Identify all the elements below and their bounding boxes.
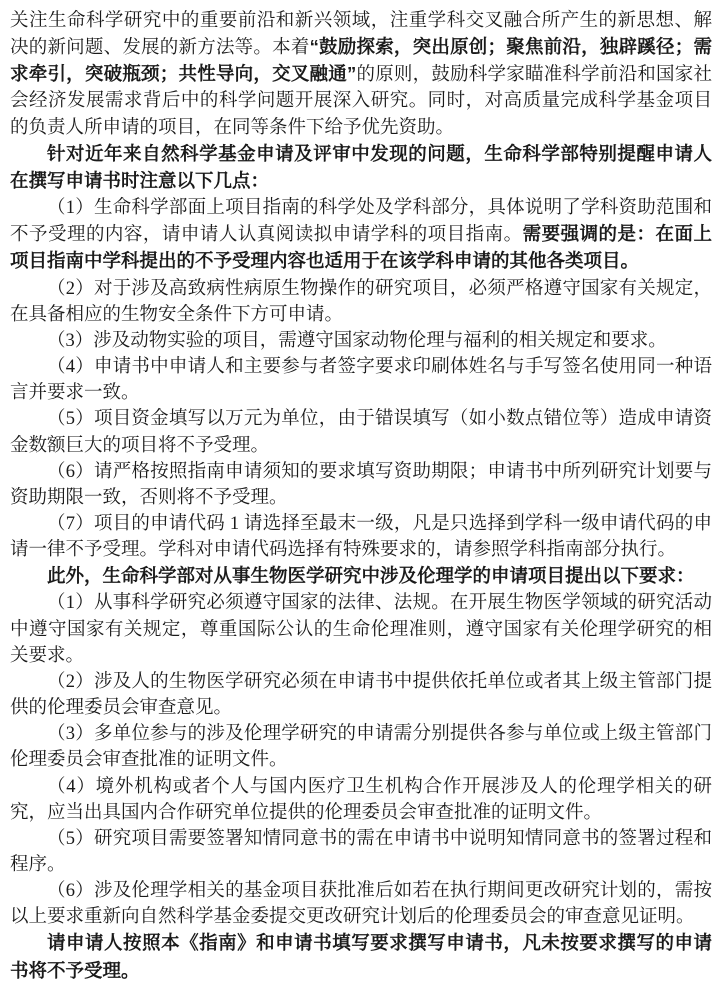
para-final-requirement: 请申请人按照本《指南》和申请书填写要求撰写申请书，凡未按要求撰写的申请书将不予受… [10, 930, 712, 984]
para-note-item-5: （5）项目资金填写以万元为单位，由于错误填写（如小数点错位等）造成申请资金数额巨… [10, 406, 712, 458]
text-run: （5）项目资金填写以万元为单位，由于错误填写（如小数点错位等）造成申请资金数额巨… [10, 409, 712, 455]
text-run: （2）对于涉及高致病性病原生物操作的研究项目，必须严格遵守国家有关规定，在具备相… [10, 279, 712, 325]
document-page: 关注生命科学研究中的重要前沿和新兴领域，注重学科交叉融合所产生的新思想、解决的新… [0, 0, 720, 994]
text-run: （2）涉及人的生物医学研究必须在申请书中提供依托单位或者其上级主管部门提供的伦理… [10, 672, 712, 718]
text-run-bold: 针对近年来自然科学基金申请及评审中发现的问题，生命科学部特别提醒申请人在撰写申请… [10, 143, 712, 191]
para-note-item-2: （2）对于涉及高致病性病原生物操作的研究项目，必须严格遵守国家有关规定，在具备相… [10, 276, 712, 328]
text-run-bold: 请申请人按照本《指南》和申请书填写要求撰写申请书，凡未按要求撰写的申请书将不予受… [10, 932, 712, 980]
para-ethics-item-2: （2）涉及人的生物医学研究必须在申请书中提供依托单位或者其上级主管部门提供的伦理… [10, 669, 712, 721]
text-run: （1）从事科学研究必须遵守国家的法律、法规。在开展生物医学领域的研究活动中遵守国… [10, 593, 712, 665]
text-run: （4）境外机构或者个人与国内医疗卫生机构合作开展涉及人的伦理学相关的研究，应当出… [10, 777, 712, 823]
para-note-item-3: （3）涉及动物实验的项目，需遵守国家动物伦理与福利的相关规定和要求。 [10, 328, 712, 354]
text-run: （7）项目的申请代码 1 请选择至最末一级，凡是只选择到学科一级申请代码的申请一… [10, 514, 712, 560]
text-run: （5）研究项目需要签署知情同意书的需在申请书中说明知情同意书的签署过程和程序。 [10, 829, 712, 875]
para-note-item-6: （6）请严格按照指南申请须知的要求填写资助期限；申请书中所列研究计划要与资助期限… [10, 459, 712, 511]
para-ethics-item-5: （5）研究项目需要签署知情同意书的需在申请书中说明知情同意书的签署过程和程序。 [10, 826, 712, 878]
para-note-item-1: （1）生命科学部面上项目指南的科学处及学科部分，具体说明了学科资助范围和不予受理… [10, 195, 712, 275]
text-run: （3）多单位参与的涉及伦理学研究的申请需分别提供各参与单位或上级主管部门伦理委员… [10, 724, 712, 770]
para-note-item-7: （7）项目的申请代码 1 请选择至最末一级，凡是只选择到学科一级申请代码的申请一… [10, 511, 712, 563]
para-ethics-item-3: （3）多单位参与的涉及伦理学研究的申请需分别提供各参与单位或上级主管部门伦理委员… [10, 721, 712, 773]
para-ethics-item-1: （1）从事科学研究必须遵守国家的法律、法规。在开展生物医学领域的研究活动中遵守国… [10, 590, 712, 668]
para-ethics-item-6: （6）涉及伦理学相关的基金项目获批准后如若在执行期间更改研究计划的，需按以上要求… [10, 878, 712, 930]
text-run: （6）请严格按照指南申请须知的要求填写资助期限；申请书中所列研究计划要与资助期限… [10, 462, 712, 508]
para-continuation-intro: 关注生命科学研究中的重要前沿和新兴领域，注重学科交叉融合所产生的新思想、解决的新… [10, 8, 712, 141]
para-reminder-heading: 针对近年来自然科学基金申请及评审中发现的问题，生命科学部特别提醒申请人在撰写申请… [10, 141, 712, 195]
text-run: （3）涉及动物实验的项目，需遵守国家动物伦理与福利的相关规定和要求。 [47, 331, 667, 351]
para-ethics-heading: 此外，生命科学部对从事生物医学研究中涉及伦理学的申请项目提出以下要求： [10, 563, 712, 590]
para-ethics-item-4: （4）境外机构或者个人与国内医疗卫生机构合作开展涉及人的伦理学相关的研究，应当出… [10, 774, 712, 826]
text-run: （4）申请书中申请人和主要参与者签字要求印刷体姓名与手写签名使用同一种语言并要求… [10, 357, 712, 403]
text-run-bold: 此外，生命科学部对从事生物医学研究中涉及伦理学的申请项目提出以下要求： [47, 565, 695, 586]
para-note-item-4: （4）申请书中申请人和主要参与者签字要求印刷体姓名与手写签名使用同一种语言并要求… [10, 354, 712, 406]
text-run: （6）涉及伦理学相关的基金项目获批准后如若在执行期间更改研究计划的，需按以上要求… [10, 881, 712, 927]
